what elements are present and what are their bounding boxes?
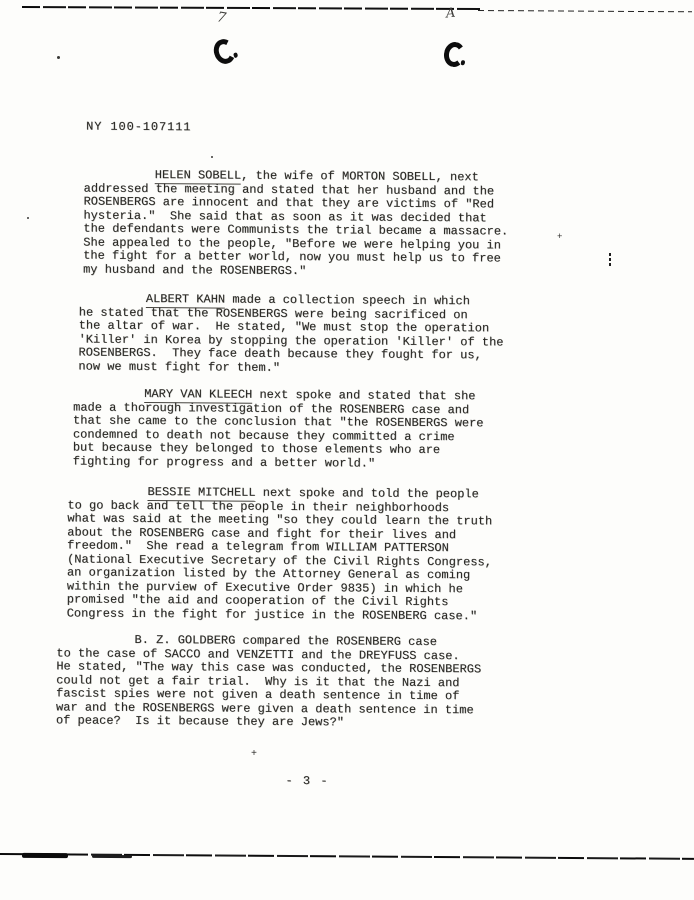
paragraph-albert-kahn: ALBERT KAHN made a collection speech in … xyxy=(78,293,584,378)
paragraph-text: , the wife of MORTON SOBELL, next addres… xyxy=(83,169,508,278)
typed-text-layer: NY 100-107111 HELEN SOBELL, the wife of … xyxy=(0,0,694,900)
paragraph-text: compared the ROSENBERG case to the case … xyxy=(56,634,481,730)
paragraph-helen-sobell: HELEN SOBELL, the wife of MORTON SOBELL,… xyxy=(83,169,589,281)
paragraph-text: made a collection speech in which he sta… xyxy=(78,293,503,375)
file-number: NY 100-107111 xyxy=(86,120,191,135)
scanned-document-page: 7 A + + NY 100-107111 HELEN SOBELL, the … xyxy=(0,0,694,900)
speaker-name: B. Z. GOLDBERG xyxy=(134,633,235,648)
paragraph-bessie-mitchell: BESSIE MITCHELL next spoke and told the … xyxy=(67,485,573,624)
paragraph-text: next spoke and stated that she made a th… xyxy=(73,388,484,470)
paragraph-text: next spoke and told the people to go bac… xyxy=(67,486,493,623)
paragraph-mary-van-kleech: MARY VAN KLEECH next spoke and stated th… xyxy=(73,388,579,473)
page-number: - 3 - xyxy=(286,774,330,788)
paragraph-bz-goldberg: B. Z. GOLDBERG compared the ROSENBERG ca… xyxy=(56,633,562,731)
